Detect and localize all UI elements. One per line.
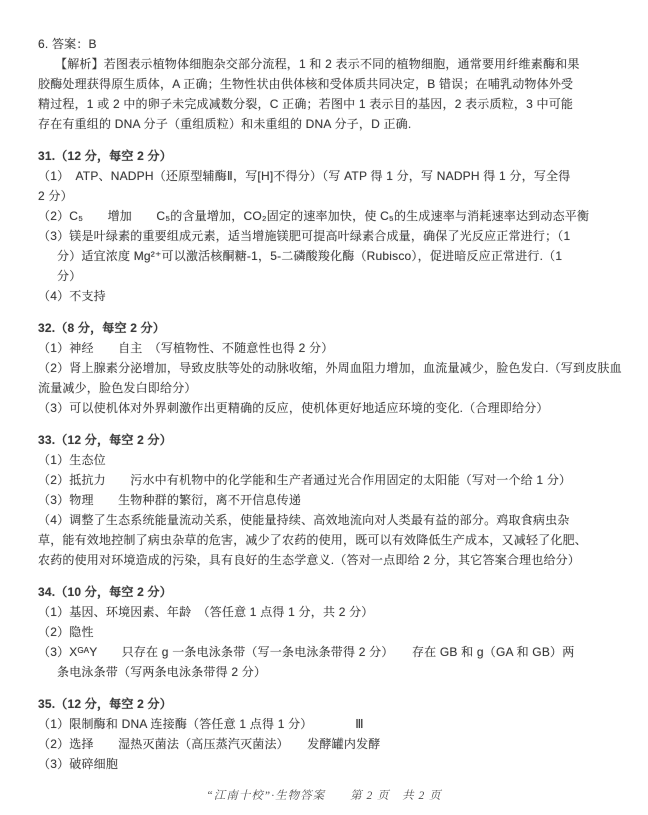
q34-item-1: （1）基因、环境因素、年龄 （答任意 1 点得 1 分，共 2 分） (38, 602, 618, 622)
q32-item-3: （3）可以使机体对外界刺激作出更精确的反应，使机体更好地适应环境的变化.（合理即… (38, 398, 618, 418)
q32-heading: 32.（8 分，每空 2 分） (38, 318, 618, 338)
q33-item-4-cont-2: 农药的使用对环境造成的污染，具有良好的生态学意义.（答对一点即给 2 分，其它答… (38, 550, 618, 570)
document-page: 6. 答案：B 【解析】若图表示植物体细胞杂交部分流程，1 和 2 表示不同的植… (0, 0, 648, 815)
q6-analysis-line-4: 存在有重组的 DNA 分子（重组质粒）和未重组的 DNA 分子，D 正确. (38, 114, 618, 134)
q35-heading: 35.（12 分，每空 2 分） (38, 694, 618, 714)
q31-item-4: （4）不支持 (38, 286, 618, 306)
q31-item-3-cont-2: 分） (38, 266, 618, 286)
q31-heading: 31.（12 分，每空 2 分） (38, 146, 618, 166)
q32-item-2: （2）肾上腺素分泌增加，导致皮肤等处的动脉收缩，外周血阻力增加，血流量减少，脸色… (38, 358, 618, 378)
q33-item-2: （2）抵抗力 污水中有机物中的化学能和生产者通过光合作用固定的太阳能（写对一个给… (38, 470, 618, 490)
q34-item-2: （2）隐性 (38, 622, 618, 642)
q6-analysis-line-2: 胶酶处理获得原生质体，A 正确；生物性状由供体核和受体质共同决定，B 错误；在哺… (38, 74, 618, 94)
q31-item-2: （2）C₅ 增加 C₅的含量增加，CO₂固定的速率加快，使 C₅的生成速率与消耗… (38, 206, 618, 226)
q33-item-1: （1）生态位 (38, 450, 618, 470)
q6-analysis-line-3: 精过程，1 或 2 中的卵子未完成减数分裂，C 正确；若图中 1 表示目的基因，… (38, 94, 618, 114)
q34-item-3-cont: 条电泳条带（写两条电泳条带得 2 分） (38, 662, 618, 682)
q31-item-3-cont-1: 分）适宜浓度 Mg²⁺可以激活核酮糖-1，5-二磷酸羧化酶（Rubisco），促… (38, 246, 618, 266)
q33-item-4: （4）调整了生态系统能量流动关系，使能量持续、高效地流向对人类最有益的部分。鸡取… (38, 510, 618, 530)
page-footer: “江南十校”·生物答案 第 2 页 共 2 页 (0, 787, 648, 803)
q31-item-1-cont: 2 分） (38, 186, 618, 206)
q34-item-3: （3）XᴳᴬY 只存在 g 一条电泳条带（写一条电泳条带得 2 分） 存在 GB… (38, 642, 618, 662)
q32-item-1: （1）神经 自主 （写植物性、不随意性也得 2 分） (38, 338, 618, 358)
q35-item-3: （3）破碎细胞 (38, 754, 618, 774)
q6-answer-line: 6. 答案：B (38, 34, 618, 54)
q33-item-3: （3）物理 生物种群的繁衍，离不开信息传递 (38, 490, 618, 510)
q31-item-1: （1） ATP、NADPH（还原型辅酶Ⅱ，写[H]不得分）（写 ATP 得 1 … (38, 166, 618, 186)
q34-heading: 34.（10 分，每空 2 分） (38, 582, 618, 602)
q35-item-1: （1）限制酶和 DNA 连接酶（答任意 1 点得 1 分） Ⅲ (38, 714, 618, 734)
q32-item-2-cont: 流量减少，脸色发白即给分） (38, 378, 618, 398)
q33-item-4-cont-1: 草，能有效地控制了病虫杂草的危害，减少了农药的使用，既可以有效降低生产成本，又减… (38, 530, 618, 550)
q31-item-3: （3）镁是叶绿素的重要组成元素，适当增施镁肥可提高叶绿素合成量，确保了光反应正常… (38, 226, 618, 246)
q6-analysis-line-1: 【解析】若图表示植物体细胞杂交部分流程，1 和 2 表示不同的植物细胞，通常要用… (38, 54, 618, 74)
q35-item-2: （2）选择 湿热灭菌法（高压蒸汽灭菌法） 发酵罐内发酵 (38, 734, 618, 754)
q33-heading: 33.（12 分，每空 2 分） (38, 430, 618, 450)
